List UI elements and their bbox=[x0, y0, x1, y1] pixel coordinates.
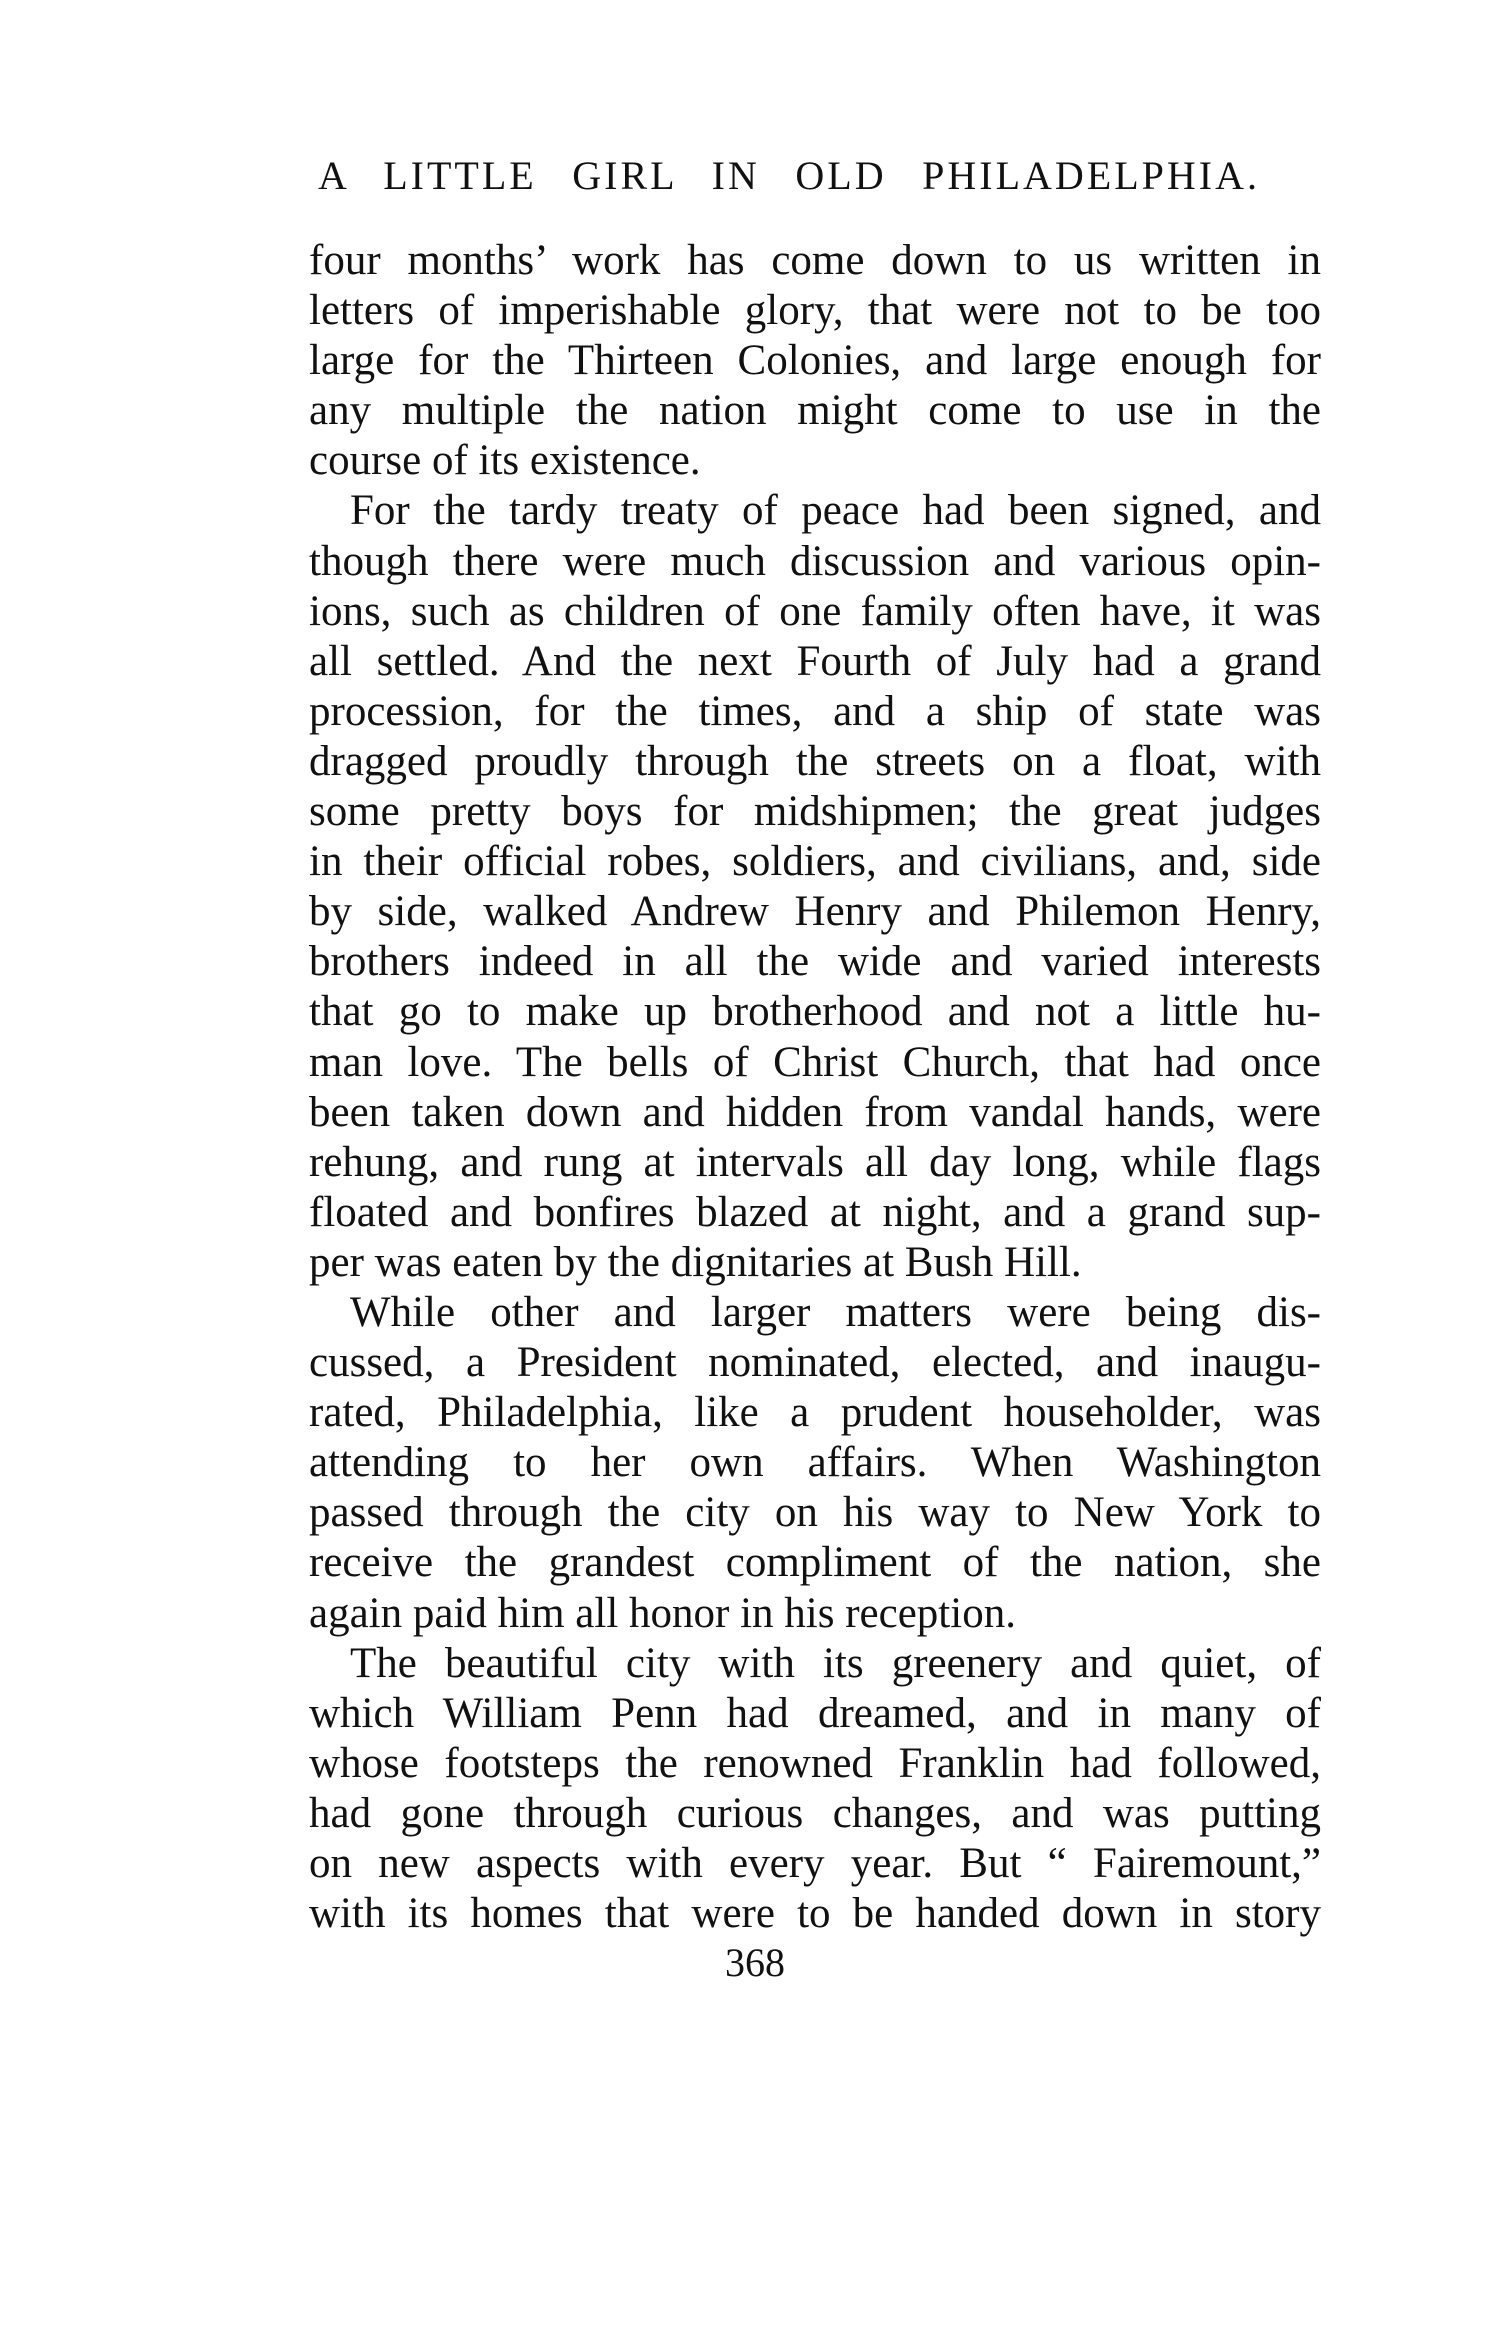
text-line: four months’ work has come down to us wr… bbox=[309, 236, 1321, 286]
paragraph: For the tardy treaty of peace had been s… bbox=[309, 486, 1321, 1288]
text-line: attending to her own affairs. When Washi… bbox=[309, 1438, 1321, 1488]
body-text: four months’ work has come down to us wr… bbox=[309, 236, 1321, 1939]
text-line: man love. The bells of Christ Church, th… bbox=[309, 1038, 1321, 1088]
text-line: cussed, a President nominated, elected, … bbox=[309, 1338, 1321, 1388]
text-line: that go to make up brotherhood and not a… bbox=[309, 987, 1321, 1037]
text-line: on new aspects with every year. But “ Fa… bbox=[309, 1839, 1321, 1889]
text-line: rated, Philadelphia, like a prudent hous… bbox=[309, 1388, 1321, 1438]
text-line: passed through the city on his way to Ne… bbox=[309, 1488, 1321, 1538]
text-line: large for the Thirteen Colonies, and lar… bbox=[309, 336, 1321, 386]
text-line: in their official robes, soldiers, and c… bbox=[309, 837, 1321, 887]
text-line: been taken down and hidden from vandal h… bbox=[309, 1088, 1321, 1138]
text-line: The beautiful city with its greenery and… bbox=[309, 1639, 1321, 1689]
text-line: by side, walked Andrew Henry and Philemo… bbox=[309, 887, 1321, 937]
text-line: dragged proudly through the streets on a… bbox=[309, 737, 1321, 787]
text-line: While other and larger matters were bein… bbox=[309, 1288, 1321, 1338]
text-line: floated and bonfires blazed at night, an… bbox=[309, 1188, 1321, 1238]
paragraph: While other and larger matters were bein… bbox=[309, 1288, 1321, 1639]
page-number: 368 bbox=[0, 1938, 1510, 1988]
running-header: A LITTLE GIRL IN OLD PHILADELPHIA. bbox=[318, 150, 1260, 202]
text-line: course of its existence. bbox=[309, 436, 1321, 486]
text-line: rehung, and rung at intervals all day lo… bbox=[309, 1138, 1321, 1188]
text-line: had gone through curious changes, and wa… bbox=[309, 1789, 1321, 1839]
text-line: ions, such as children of one family oft… bbox=[309, 587, 1321, 637]
text-line: For the tardy treaty of peace had been s… bbox=[309, 486, 1321, 536]
text-line: per was eaten by the dignitaries at Bush… bbox=[309, 1238, 1321, 1288]
text-line: letters of imperishable glory, that were… bbox=[309, 286, 1321, 336]
text-line: with its homes that were to be handed do… bbox=[309, 1889, 1321, 1939]
text-line: again paid him all honor in his receptio… bbox=[309, 1589, 1321, 1639]
text-line: which William Penn had dreamed, and in m… bbox=[309, 1689, 1321, 1739]
text-line: brothers indeed in all the wide and vari… bbox=[309, 937, 1321, 987]
text-line: any multiple the nation might come to us… bbox=[309, 386, 1321, 436]
text-line: all settled. And the next Fourth of July… bbox=[309, 637, 1321, 687]
text-line: some pretty boys for midshipmen; the gre… bbox=[309, 787, 1321, 837]
text-line: receive the grandest compliment of the n… bbox=[309, 1538, 1321, 1588]
text-line: procession, for the times, and a ship of… bbox=[309, 687, 1321, 737]
paragraph: The beautiful city with its greenery and… bbox=[309, 1639, 1321, 1940]
paragraph: four months’ work has come down to us wr… bbox=[309, 236, 1321, 486]
text-line: though there were much discussion and va… bbox=[309, 537, 1321, 587]
text-line: whose footsteps the renowned Franklin ha… bbox=[309, 1739, 1321, 1789]
